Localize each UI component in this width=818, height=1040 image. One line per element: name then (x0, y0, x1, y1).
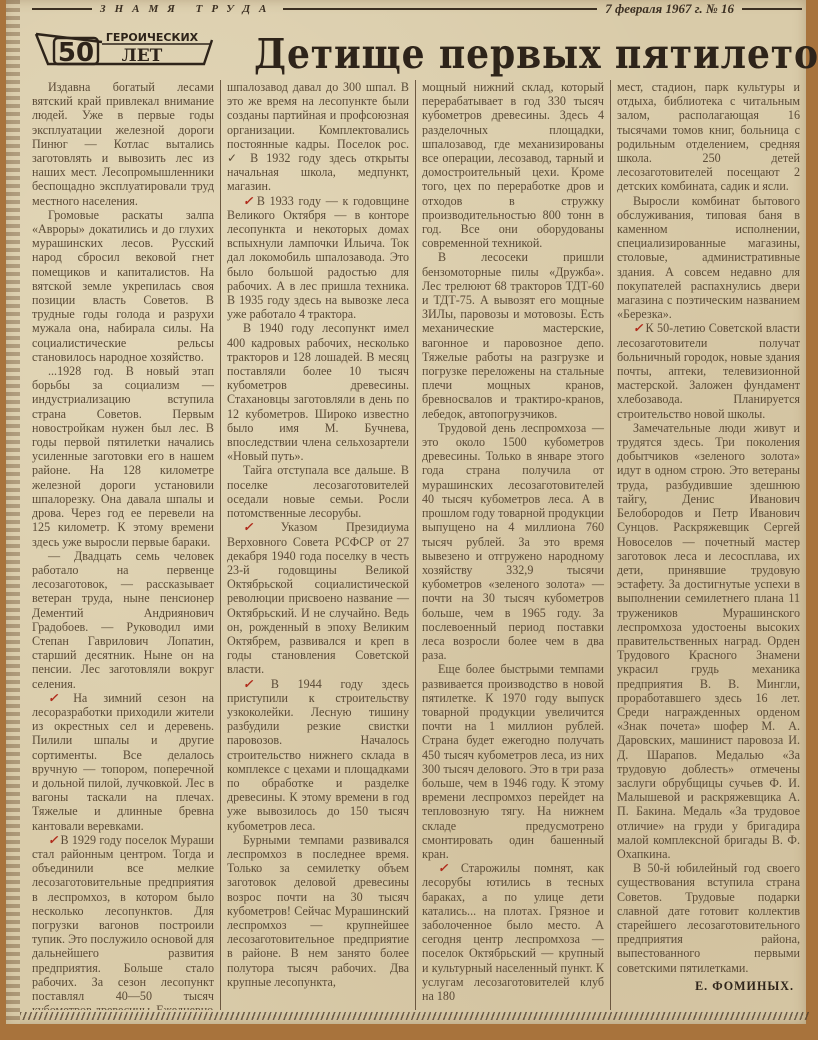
article-paragraph: ✓В 1944 году здесь приступили к строител… (227, 677, 409, 833)
paragraph-text: К 50-летию Советской власти лесозаготови… (617, 321, 800, 420)
masthead: ЗНАМЯ ТРУДА 7 февраля 1967 г. № 16 (32, 0, 802, 18)
paper-name: ЗНАМЯ ТРУДА (100, 3, 275, 15)
paragraph-text: На зимний сезон на лесоразработки приход… (32, 691, 214, 833)
paragraph-text: Старожилы помнят, как лесорубы ютились в… (422, 861, 604, 1003)
paragraph-text: В 1933 году — к годовщине Великого Октяб… (227, 194, 409, 322)
paragraph-text: мест, стадион, парк культуры и отдыха, б… (617, 80, 800, 193)
paragraph-text: Издавна богатый лесами вятский край прив… (32, 80, 214, 208)
paragraph-text: В 1929 году поселок Мураши стал районным… (32, 833, 214, 1010)
article-paragraph: Громовые раскаты залпа «Авроры» докатили… (32, 208, 214, 364)
paragraph-text: ...1928 год. В новый этап борьбы за соци… (32, 364, 214, 548)
editor-check-mark-icon: ✓ (243, 520, 279, 534)
article-columns: Издавна богатый лесами вятский край прив… (26, 80, 806, 1010)
article-paragraph: ✓Старожилы помнят, как лесорубы ютились … (422, 861, 604, 1003)
article-paragraph: ✓Указом Президиума Верховного Совета РСФ… (227, 520, 409, 676)
newspaper-page: ЗНАМЯ ТРУДА 7 февраля 1967 г. № 16 50 ГЕ… (6, 0, 806, 1024)
article-paragraph: Бурными темпами развивался леспромхоз в … (227, 833, 409, 989)
article-paragraph: В лесосеки пришли бензомоторные пилы «Др… (422, 250, 604, 420)
article-paragraph: Замечательные люди живут и трудятся здес… (617, 421, 800, 861)
article-column-3: мощный нижний склад, который перерабатыв… (416, 80, 611, 1010)
article-paragraph: Трудовой день леспромхоза — это около 15… (422, 421, 604, 662)
paragraph-text: В 50-й юбилейный год своего существовани… (617, 861, 800, 974)
editor-check-mark-icon: ✓ (243, 194, 255, 208)
editor-check-mark-icon: ✓ (633, 321, 644, 335)
masthead-rule (32, 8, 92, 10)
paragraph-text: — Двадцать семь человек работало на перв… (32, 549, 214, 691)
article-paragraph: В 50-й юбилейный год своего существовани… (617, 861, 800, 975)
paragraph-text: Замечательные люди живут и трудятся здес… (617, 421, 800, 861)
paragraph-text: Еще более быстрыми темпами развивается п… (422, 662, 604, 861)
editor-check-mark-icon: ✓ (48, 833, 58, 847)
masthead-rule (283, 8, 597, 10)
paragraph-text: Бурными темпами развивался леспромхоз в … (227, 833, 409, 989)
article-paragraph: мощный нижний склад, который перерабатыв… (422, 80, 604, 250)
paragraph-text: шпалозавод давал до 300 шпал. В это же в… (227, 80, 409, 193)
issue-date: 7 февраля 1967 г. № 16 (605, 1, 734, 17)
article-paragraph: Выросли комбинат бытового обслуживания, … (617, 194, 800, 322)
paragraph-text: В 1940 году лесопункт имел 400 кадровых … (227, 321, 409, 463)
paragraph-text: Выросли комбинат бытового обслуживания, … (617, 194, 800, 322)
headline: Детище первых пятилеток (254, 30, 729, 78)
masthead-rule (742, 8, 802, 10)
rubric-banner-icon: 50 ГЕРОИЧЕСКИХ ЛЕТ (34, 30, 219, 68)
editor-check-mark-icon: ✓ (48, 691, 71, 705)
article-paragraph: ✓В 1933 году — к годовщине Великого Октя… (227, 194, 409, 322)
article-paragraph: мест, стадион, парк культуры и отдыха, б… (617, 80, 800, 194)
paragraph-text: Трудовой день леспромхоза — это около 15… (422, 421, 604, 662)
bottom-rule (20, 1012, 810, 1020)
paragraph-text: Указом Президиума Верховного Совета РСФС… (227, 520, 409, 676)
paragraph-text: Громовые раскаты залпа «Авроры» докатили… (32, 208, 214, 364)
editor-check-mark-icon: ✓ (438, 861, 459, 875)
article-paragraph: Издавна богатый лесами вятский край прив… (32, 80, 214, 208)
article-paragraph: ✓В 1929 году поселок Мураши стал районны… (32, 833, 214, 1010)
article-column-1: Издавна богатый лесами вятский край прив… (26, 80, 221, 1010)
paragraph-text: мощный нижний склад, который перерабатыв… (422, 80, 604, 250)
article-paragraph: ...1928 год. В новый этап борьбы за соци… (32, 364, 214, 549)
paragraph-text: Тайга отступала все дальше. В поселке ле… (227, 463, 409, 520)
svg-text:ГЕРОИЧЕСКИХ: ГЕРОИЧЕСКИХ (106, 31, 199, 44)
article-paragraph: В 1940 году лесопункт имел 400 кадровых … (227, 321, 409, 463)
paragraph-text: В 1944 году здесь приступили к строитель… (227, 677, 409, 833)
article-paragraph: — Двадцать семь человек работало на перв… (32, 549, 214, 691)
article-paragraph: ✓На зимний сезон на лесоразработки прихо… (32, 691, 214, 833)
svg-text:ЛЕТ: ЛЕТ (122, 46, 163, 66)
article-paragraph: Еще более быстрыми темпами развивается п… (422, 662, 604, 861)
svg-text:50: 50 (58, 38, 94, 68)
rubric-logo: 50 ГЕРОИЧЕСКИХ ЛЕТ (34, 30, 219, 68)
article-paragraph: ✓К 50-летию Советской власти лесозаготов… (617, 321, 800, 420)
author-signature: Е. ФОМИНЫХ. (617, 979, 800, 993)
paragraph-text: В лесосеки пришли бензомоторные пилы «Др… (422, 250, 604, 420)
article-paragraph: шпалозавод давал до 300 шпал. В это же в… (227, 80, 409, 194)
editor-check-mark-icon: ✓ (243, 677, 269, 691)
article-column-4: мест, стадион, парк культуры и отдыха, б… (611, 80, 806, 1010)
torn-left-edge (6, 0, 20, 1024)
article-paragraph: Тайга отступала все дальше. В поселке ле… (227, 463, 409, 520)
article-column-2: шпалозавод давал до 300 шпал. В это же в… (221, 80, 416, 1010)
